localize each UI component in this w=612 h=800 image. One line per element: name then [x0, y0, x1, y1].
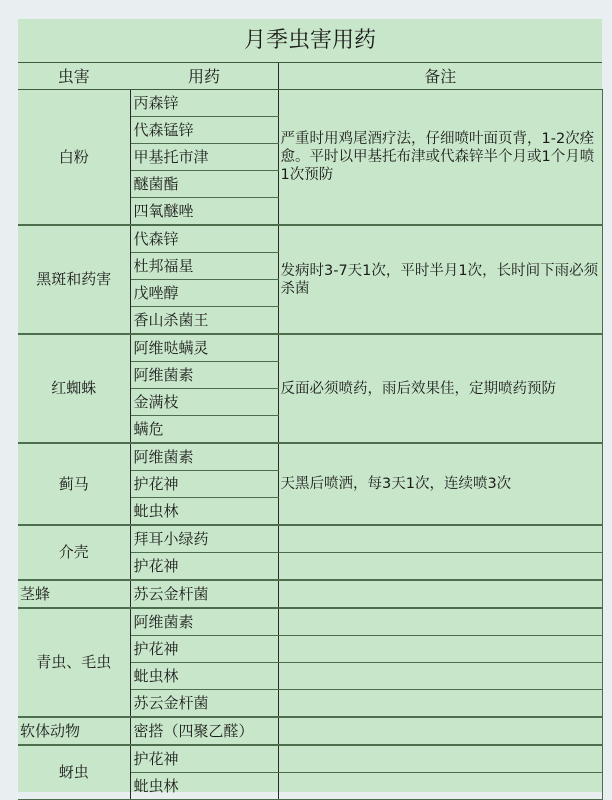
pest-cell[interactable]: 青虫、毛虫: [18, 608, 130, 717]
table-row: 介壳拜耳小绿药: [18, 525, 602, 553]
drug-cell[interactable]: 代森锌: [130, 225, 278, 253]
drug-cell[interactable]: 螨危: [130, 416, 278, 444]
note-cell[interactable]: 天黑后喷洒，每3天1次，连续喷3次: [278, 443, 602, 525]
table-row: 蓟马阿维菌素天黑后喷洒，每3天1次，连续喷3次: [18, 443, 602, 471]
pest-cell[interactable]: 蚜虫: [18, 745, 130, 800]
pest-cell[interactable]: 介壳: [18, 525, 130, 580]
drug-cell[interactable]: 蚍虫林: [130, 663, 278, 690]
pest-cell[interactable]: 黑斑和药害: [18, 225, 130, 334]
drug-cell[interactable]: 蚍虫林: [130, 498, 278, 526]
pest-cell[interactable]: 蓟马: [18, 443, 130, 525]
table-row: 青虫、毛虫阿维菌素: [18, 608, 602, 636]
table-row: 软体动物密搭（四聚乙醛）: [18, 717, 602, 745]
note-cell[interactable]: [278, 663, 602, 690]
drug-cell[interactable]: 香山杀菌王: [130, 307, 278, 335]
note-cell[interactable]: [278, 745, 602, 773]
drug-cell[interactable]: 蚍虫林: [130, 773, 278, 800]
table-row: 白粉丙森锌严重时用鸡尾酒疗法，仔细喷叶面页背，1-2次痊愈。平时以甲基托布津或代…: [18, 90, 602, 117]
drug-cell[interactable]: 丙森锌: [130, 90, 278, 117]
drug-cell[interactable]: 护花神: [130, 745, 278, 773]
table-row: 蚜虫护花神: [18, 745, 602, 773]
drug-cell[interactable]: 金满枝: [130, 389, 278, 416]
pest-cell[interactable]: 白粉: [18, 90, 130, 226]
note-cell[interactable]: [278, 553, 602, 581]
drug-cell[interactable]: 阿维菌素: [130, 362, 278, 389]
pest-cell[interactable]: 软体动物: [18, 717, 130, 745]
pest-cell[interactable]: 茎蜂: [18, 580, 130, 608]
table-title[interactable]: 月季虫害用药: [18, 19, 602, 63]
table-body: 白粉丙森锌严重时用鸡尾酒疗法，仔细喷叶面页背，1-2次痊愈。平时以甲基托布津或代…: [18, 90, 602, 800]
note-cell[interactable]: [278, 690, 602, 718]
drug-cell[interactable]: 护花神: [130, 553, 278, 581]
drug-cell[interactable]: 密搭（四聚乙醛）: [130, 717, 278, 745]
pest-medication-table: 月季虫害用药 虫害 用药 备注 白粉丙森锌严重时用鸡尾酒疗法，仔细喷叶面页背，1…: [18, 19, 603, 800]
drug-cell[interactable]: 阿维菌素: [130, 608, 278, 636]
drug-cell[interactable]: 阿维哒螨灵: [130, 334, 278, 362]
note-cell[interactable]: 反面必须喷药，雨后效果佳，定期喷药预防: [278, 334, 602, 443]
table-row: 茎蜂苏云金杆菌: [18, 580, 602, 608]
note-cell[interactable]: [278, 717, 602, 745]
drug-cell[interactable]: 阿维菌素: [130, 443, 278, 471]
spreadsheet: 月季虫害用药 虫害 用药 备注 白粉丙森锌严重时用鸡尾酒疗法，仔细喷叶面页背，1…: [18, 19, 602, 792]
drug-cell[interactable]: 护花神: [130, 636, 278, 663]
note-cell[interactable]: [278, 773, 602, 800]
drug-cell[interactable]: 醚菌酯: [130, 171, 278, 198]
drug-cell[interactable]: 四氧醚唑: [130, 198, 278, 226]
drug-cell[interactable]: 甲基托市津: [130, 144, 278, 171]
drug-cell[interactable]: 护花神: [130, 471, 278, 498]
note-cell[interactable]: [278, 580, 602, 608]
note-cell[interactable]: 发病时3-7天1次，平时半月1次，长时间下雨必须杀菌: [278, 225, 602, 334]
note-cell[interactable]: [278, 636, 602, 663]
note-cell[interactable]: 严重时用鸡尾酒疗法，仔细喷叶面页背，1-2次痊愈。平时以甲基托布津或代森锌半个月…: [278, 90, 602, 226]
drug-cell[interactable]: 戊唑醇: [130, 280, 278, 307]
header-note[interactable]: 备注: [278, 63, 602, 90]
drug-cell[interactable]: 杜邦福星: [130, 253, 278, 280]
drug-cell[interactable]: 苏云金杆菌: [130, 580, 278, 608]
pest-cell[interactable]: 红蜘蛛: [18, 334, 130, 443]
drug-cell[interactable]: 苏云金杆菌: [130, 690, 278, 718]
table-row: 红蜘蛛阿维哒螨灵反面必须喷药，雨后效果佳，定期喷药预防: [18, 334, 602, 362]
drug-cell[interactable]: 代森锰锌: [130, 117, 278, 144]
drug-cell[interactable]: 拜耳小绿药: [130, 525, 278, 553]
note-cell[interactable]: [278, 525, 602, 553]
header-drug[interactable]: 用药: [130, 63, 278, 90]
note-cell[interactable]: [278, 608, 602, 636]
table-row: 黑斑和药害代森锌发病时3-7天1次，平时半月1次，长时间下雨必须杀菌: [18, 225, 602, 253]
header-pest[interactable]: 虫害: [18, 63, 130, 90]
